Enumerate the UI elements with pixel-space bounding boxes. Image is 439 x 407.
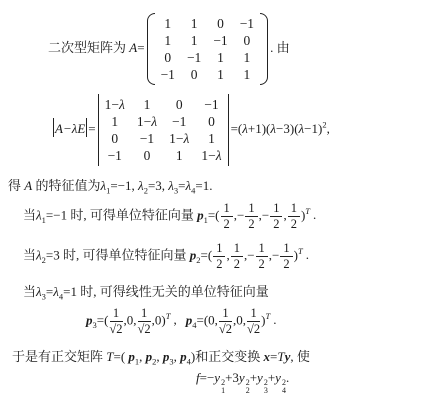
- matrix-cell: 1: [164, 32, 171, 49]
- var-y: y: [239, 370, 245, 385]
- matrix-cell: −1: [204, 96, 218, 113]
- fraction: 12: [221, 202, 233, 231]
- fraction: 12: [245, 202, 257, 231]
- transpose-T: T: [298, 246, 303, 256]
- matrix-cell: 0: [217, 15, 224, 32]
- matrix-cell: 0: [164, 49, 171, 66]
- matrix-cell: 0: [144, 147, 151, 164]
- fraction-sqrt: 1√2: [247, 307, 260, 336]
- line-eigenvalues: 得 A 的特征值为λ1=−1, λ2=3, λ3=λ4=1.: [0, 166, 439, 194]
- matrix-a-grid: 110−1 11−10 0−111 −1011: [155, 13, 261, 85]
- intro-text: 二次型矩阵为: [48, 40, 126, 55]
- matrix-cell: 1−λ: [137, 113, 157, 130]
- matrix-cell: 0: [111, 130, 118, 147]
- fraction: 12: [256, 242, 268, 271]
- line-repeated-eigenvalue: 当λ3=λ4=1 时, 可得线性无关的单位特征向量: [0, 271, 439, 300]
- fraction: 12: [231, 242, 243, 271]
- fraction-sqrt: 1√2: [219, 307, 232, 336]
- line-eigenvector-p2: 当λ2=3 时, 可得单位特征向量 p2=(12,12,−12,−12)T.: [0, 231, 439, 271]
- matrix-cell: −1: [161, 66, 175, 83]
- radical-icon: √: [247, 322, 254, 336]
- matrix-cell: −1: [213, 32, 227, 49]
- matrix-cell: 1: [164, 15, 171, 32]
- line-intro-matrix: 二次型矩阵为 A= 110−1 11−10 0−111 −1011 . 由: [0, 0, 439, 85]
- radical-icon: √: [219, 322, 226, 336]
- matrix-cell: 1: [191, 15, 198, 32]
- transpose-T: T: [166, 311, 171, 321]
- matrix-cell: 0: [176, 96, 183, 113]
- var-y: y: [257, 370, 263, 385]
- matrix-cell: 1: [217, 49, 224, 66]
- matrix-cell: 1−λ: [169, 130, 189, 147]
- intro-tail: . 由: [270, 40, 290, 55]
- determinant-grid: 1−λ10−1 11−λ−10 0−11−λ1 −1011−λ: [99, 94, 228, 166]
- left-paren: [147, 13, 155, 85]
- abs-bar: [53, 118, 54, 137]
- matrix-cell: 1: [208, 130, 215, 147]
- matrix-cell: 1: [191, 32, 198, 49]
- fraction-sqrt: 1√2: [109, 307, 122, 336]
- var-y: y: [214, 370, 220, 385]
- matrix-cell: 1−λ: [201, 147, 221, 164]
- line-determinant: A−λE= 1−λ10−1 11−λ−10 0−11−λ1 −1011−λ =(…: [0, 85, 439, 166]
- var-T: T: [106, 349, 113, 364]
- matrix-cell: 1: [244, 49, 251, 66]
- line-orthogonal-transform: 于是有正交矩阵 T=( p1, p2, p3, p4)和正交变换 x=Ty, 使: [0, 336, 439, 365]
- var-T: T: [277, 349, 284, 364]
- matrix-cell: 1: [144, 96, 151, 113]
- matrix-cell: 1: [176, 147, 183, 164]
- fraction: 12: [270, 202, 282, 231]
- matrix-cell: −1: [240, 15, 254, 32]
- var-y: y: [275, 370, 281, 385]
- matrix-cell: 0: [244, 32, 251, 49]
- matrix-cell: −1: [140, 130, 154, 147]
- matrix-cell: −1: [108, 147, 122, 164]
- expr-A-minus-lambdaE: A−λE: [55, 121, 85, 136]
- transpose-T: T: [266, 311, 271, 321]
- transpose-T: T: [305, 206, 310, 216]
- matrix-a: 110−1 11−10 0−111 −1011: [147, 13, 269, 85]
- det-bar: [228, 94, 229, 166]
- line-eigenvectors-p3-p4: p3=(1√2,0,1√2,0)T,p4=(0,1√2,0,1√2)T.: [0, 300, 439, 336]
- line-eigenvector-p1: 当λ1=−1 时, 可得单位特征向量 p1=(12,−12,−12,12)T.: [0, 194, 439, 231]
- right-paren: [260, 13, 268, 85]
- math-solution-document: 二次型矩阵为 A= 110−1 11−10 0−111 −1011 . 由 A−…: [0, 0, 439, 394]
- matrix-cell: 0: [208, 113, 215, 130]
- matrix-cell: 1−λ: [105, 96, 125, 113]
- matrix-cell: −1: [187, 49, 201, 66]
- matrix-cell: 0: [191, 66, 198, 83]
- line-canonical-form: f=−y21+3y22+y23+y24.: [0, 365, 439, 394]
- matrix-cell: 1: [217, 66, 224, 83]
- fraction: 12: [213, 242, 225, 271]
- matrix-cell: −1: [172, 113, 186, 130]
- determinant-matrix: 1−λ10−1 11−λ−10 0−11−λ1 −1011−λ: [98, 94, 229, 166]
- matrix-cell: 1: [111, 113, 118, 130]
- det-result: =(λ+1)(λ−3)(λ−1)2,: [231, 121, 330, 136]
- fraction-sqrt: 1√2: [138, 307, 151, 336]
- fraction: 12: [288, 202, 300, 231]
- fraction: 12: [280, 242, 292, 271]
- matrix-cell: 1: [244, 66, 251, 83]
